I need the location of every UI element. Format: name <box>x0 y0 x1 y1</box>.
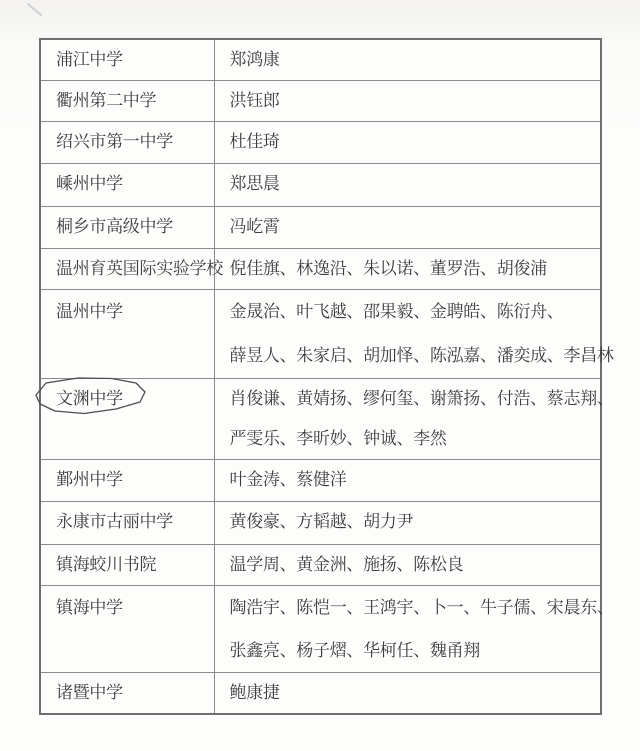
school-name: 镇海中学 <box>56 586 214 629</box>
table-row: 衢州第二中学 洪钰郎 <box>40 81 601 122</box>
student-names: 鲍康捷 <box>230 673 601 713</box>
school-cell: 衢州第二中学 <box>40 81 214 122</box>
school-name: 诸暨中学 <box>56 673 214 713</box>
school-cell: 绍兴市第一中学 <box>40 122 214 164</box>
school-cell: 镇海中学 <box>40 586 214 673</box>
table-row: 温州育英国际实验学校 倪佳旗、林逸沿、朱以诺、董罗浩、胡俊浦 <box>40 249 601 290</box>
student-names-line-2: 薛昱人、朱家启、胡加怿、陈泓嘉、潘奕成、李昌林 <box>230 334 601 378</box>
students-cell: 冯屹霄 <box>214 207 601 249</box>
student-names: 倪佳旗、林逸沿、朱以诺、董罗浩、胡俊浦 <box>230 249 601 289</box>
students-cell: 倪佳旗、林逸沿、朱以诺、董罗浩、胡俊浦 <box>214 249 601 290</box>
school-name: 绍兴市第一中学 <box>56 122 214 162</box>
student-names-line-2: 张鑫亮、杨子熠、华柯任、魏甬翔 <box>230 629 601 672</box>
table-row-circled: 文渊中学 肖俊谦、黄婧扬、缪何玺、谢箫扬、付浩、蔡志翔、 严雯乐、李昕妙、钟诚、… <box>40 379 601 460</box>
corner-mark-icon <box>26 2 44 18</box>
school-cell: 嵊州中学 <box>40 164 214 207</box>
roster-table: 浦江中学 郑鸿康 衢州第二中学 洪钰郎 绍兴市第一中学 杜佳琦 嵊州中学 郑思晨… <box>39 38 602 715</box>
table-row: 桐乡市高级中学 冯屹霄 <box>40 207 601 249</box>
student-names: 郑思晨 <box>230 164 601 204</box>
student-names-line-2: 严雯乐、李昕妙、钟诚、李然 <box>230 419 601 459</box>
school-name: 嵊州中学 <box>56 164 214 204</box>
students-cell: 郑思晨 <box>214 164 601 207</box>
school-cell: 温州育英国际实验学校 <box>40 249 214 290</box>
school-name: 桐乡市高级中学 <box>56 207 214 247</box>
school-cell: 诸暨中学 <box>40 673 214 715</box>
students-cell: 肖俊谦、黄婧扬、缪何玺、谢箫扬、付浩、蔡志翔、 严雯乐、李昕妙、钟诚、李然 <box>214 379 601 460</box>
student-names: 洪钰郎 <box>230 81 601 121</box>
students-cell: 金晟治、叶飞越、邵果毅、金聘皓、陈衍舟、 薛昱人、朱家启、胡加怿、陈泓嘉、潘奕成… <box>214 290 601 379</box>
table-row: 镇海中学 陶浩宇、陈恺一、王鸿宇、卜一、牛子儒、宋晨东、 张鑫亮、杨子熠、华柯任… <box>40 586 601 673</box>
table-row: 永康市古丽中学 黄俊豪、方韬越、胡力尹 <box>40 502 601 545</box>
students-cell: 鲍康捷 <box>214 673 601 715</box>
table-row: 浦江中学 郑鸿康 <box>40 39 601 81</box>
document-page: 浦江中学 郑鸿康 衢州第二中学 洪钰郎 绍兴市第一中学 杜佳琦 嵊州中学 郑思晨… <box>0 0 640 751</box>
school-name: 温州育英国际实验学校 <box>56 249 214 289</box>
table-row: 鄞州中学 叶金涛、蔡健洋 <box>40 460 601 502</box>
school-cell: 浦江中学 <box>40 39 214 81</box>
students-cell: 陶浩宇、陈恺一、王鸿宇、卜一、牛子儒、宋晨东、 张鑫亮、杨子熠、华柯任、魏甬翔 <box>214 586 601 673</box>
student-names-line-1: 金晟治、叶飞越、邵果毅、金聘皓、陈衍舟、 <box>230 290 601 334</box>
school-name: 温州中学 <box>56 290 214 334</box>
students-cell: 杜佳琦 <box>214 122 601 164</box>
school-name: 永康市古丽中学 <box>56 502 214 542</box>
table-row: 镇海蛟川书院 温学周、黄金洲、施扬、陈松良 <box>40 545 601 586</box>
school-name: 镇海蛟川书院 <box>56 545 214 585</box>
table-row: 嵊州中学 郑思晨 <box>40 164 601 207</box>
school-name: 衢州第二中学 <box>56 81 214 121</box>
student-names: 郑鸿康 <box>230 40 601 80</box>
student-names: 冯屹霄 <box>230 207 601 247</box>
students-cell: 温学周、黄金洲、施扬、陈松良 <box>214 545 601 586</box>
student-names-line-1: 肖俊谦、黄婧扬、缪何玺、谢箫扬、付浩、蔡志翔、 <box>230 379 601 419</box>
students-cell: 黄俊豪、方韬越、胡力尹 <box>214 502 601 545</box>
student-names: 黄俊豪、方韬越、胡力尹 <box>230 502 601 542</box>
student-names-line-1: 陶浩宇、陈恺一、王鸿宇、卜一、牛子儒、宋晨东、 <box>230 586 601 629</box>
student-names: 杜佳琦 <box>230 122 601 162</box>
school-name: 鄞州中学 <box>56 460 214 500</box>
table-row: 诸暨中学 鲍康捷 <box>40 673 601 715</box>
school-cell: 温州中学 <box>40 290 214 379</box>
students-cell: 叶金涛、蔡健洋 <box>214 460 601 502</box>
school-name: 浦江中学 <box>56 40 214 80</box>
students-cell: 郑鸿康 <box>214 39 601 81</box>
school-name: 文渊中学 <box>56 379 214 419</box>
school-cell: 镇海蛟川书院 <box>40 545 214 586</box>
school-cell: 永康市古丽中学 <box>40 502 214 545</box>
school-cell: 文渊中学 <box>40 379 214 460</box>
students-cell: 洪钰郎 <box>214 81 601 122</box>
school-cell: 鄞州中学 <box>40 460 214 502</box>
student-names: 叶金涛、蔡健洋 <box>230 460 601 500</box>
table-row: 绍兴市第一中学 杜佳琦 <box>40 122 601 164</box>
student-names: 温学周、黄金洲、施扬、陈松良 <box>230 545 601 585</box>
school-cell: 桐乡市高级中学 <box>40 207 214 249</box>
table-row: 温州中学 金晟治、叶飞越、邵果毅、金聘皓、陈衍舟、 薛昱人、朱家启、胡加怿、陈泓… <box>40 290 601 379</box>
